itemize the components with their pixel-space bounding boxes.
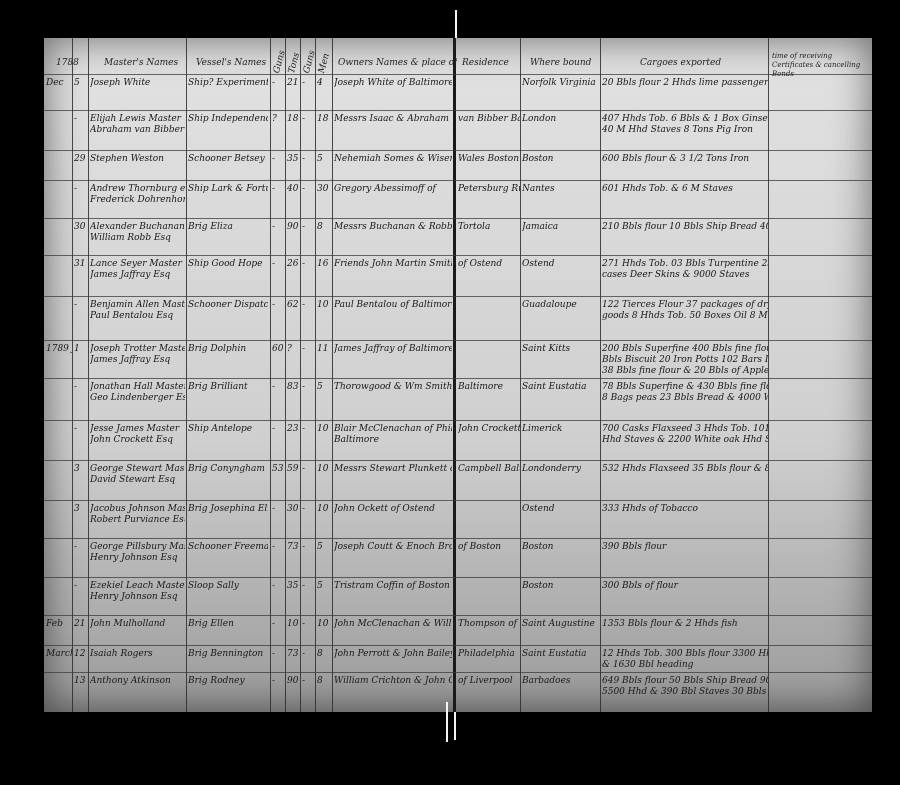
ledger-cell-tons: 73 [287,542,299,553]
ledger-cell-cargo: 122 Tierces Flour 37 packages of dry goo… [602,300,768,322]
ledger-cell-g: - [272,619,284,630]
ledger-cell-month: Feb [46,619,72,630]
ledger-cell-vessel: Ship? Experiment [188,78,268,89]
ledger-cell-men: 5 [317,542,331,553]
scan-glare [454,712,456,740]
ledger-cell-vessel: Schooner Freemason [188,542,268,553]
ledger-cell-master: Stephen Weston [90,154,185,165]
ledger-cell-g: 53 [272,464,284,475]
ledger-cell-vessel: Schooner Dispatch [188,300,268,311]
ledger-cell-month: March [46,649,72,660]
ledger-cell-g2: - [302,581,314,592]
ledger-cell-master: George Stewart Master David Stewart Esq [90,464,185,486]
ledger-cell-men: 4 [317,78,331,89]
ledger-cell-vessel: Ship Lark & Fortuna [188,184,268,195]
residence-header: Residence [462,58,509,69]
ledger-cell-day: 3 [74,504,88,515]
ledger-cell-residence: van Bibber Balt [458,114,520,125]
scan-glare [446,702,448,742]
ledger-cell-men: 10 [317,504,331,515]
ledger-cell-tons: 73 [287,649,299,660]
ledger-cell-vessel: Brig Dolphin [188,344,268,355]
ledger-cell-g2: - [302,382,314,393]
ledger-cell-bound: Nantes [522,184,600,195]
ledger-cell-g2: - [302,222,314,233]
ledger-cell-g: ? [272,114,284,125]
ledger-cell-tons: 300 [287,504,299,515]
ledger-cell-bound: Ostend [522,504,600,515]
ledger-cell-owner: Joseph Coutt & Enoch Brown [334,542,452,553]
ledger-cell-day: 3 [74,464,88,475]
ledger-cell-owner: John Ockett of Ostend [334,504,452,515]
ledger-cell-g2: - [302,542,314,553]
ledger-cell-men: 5 [317,581,331,592]
master-names-header: Master's Names [104,58,178,69]
ledger-cell-master: Benjamin Allen Master Paul Bentalou Esq [90,300,185,322]
ledger-cell-cargo: 271 Hhds Tob. 03 Bbls Turpentine 23 case… [602,259,768,281]
ledger-cell-master: Joseph White [90,78,185,89]
ledger-cell-owner: Messrs Buchanan & Robb of [334,222,452,233]
book-gutter [453,38,456,712]
ledger-cell-men: 5 [317,382,331,393]
bonds-header: time of receiving Certificates & cancell… [772,52,870,79]
ledger-cell-bound: Guadaloupe [522,300,600,311]
ledger-cell-g: - [272,222,284,233]
ledger-cell-owner: Messrs Isaac & Abraham van Bibber [334,114,452,125]
ledger-cell-cargo: 532 Hhds Flaxseed 35 Bbls flour & 8 M St… [602,464,768,475]
ledger-cell-day: - [74,300,88,311]
ledger-cell-men: 11 [317,344,331,355]
ledger-cell-g2: - [302,619,314,630]
ledger-cell-residence: Petersburg Russia [458,184,520,195]
ledger-cell-master: Anthony Atkinson [90,676,185,687]
ledger-cell-residence: John Crockett of [458,424,520,435]
ledger-cell-residence: of Liverpool [458,676,520,687]
ledger-cell-month: Dec [46,78,72,89]
ledger-cell-day: 29 [74,154,88,165]
ledger-cell-master: Elijah Lewis Master Abraham van Bibber E… [90,114,185,136]
ledger-cell-men: 10 [317,424,331,435]
ledger-cell-vessel: Ship Antelope [188,424,268,435]
ledger-cell-day: - [74,542,88,553]
ledger-cell-vessel: Brig Brilliant [188,382,268,393]
ledger-cell-tons: 90 [287,676,299,687]
ledger-cell-bound: Saint Augustine [522,619,600,630]
ledger-cell-day: 1 [74,344,88,355]
ledger-cell-day: 31 [74,259,88,270]
ledger-cell-g2: - [302,154,314,165]
ledger-cell-cargo: 200 Bbls Superfine 400 Bbls fine flour 1… [602,344,768,377]
ledger-cell-tons: 260 [287,259,299,270]
ledger-cell-vessel: Brig Eliza [188,222,268,233]
ledger-cell-master: Jacobus Johnson Master Robert Purviance … [90,504,185,526]
ledger-cell-owner: Messrs Stewart Plunkett & Co [334,464,452,475]
ledger-cell-g: - [272,504,284,515]
ledger-cell-owner: Nehemiah Somes & Wiseman [334,154,452,165]
ledger-cell-tons: 180 [287,114,299,125]
ledger-cell-g: - [272,259,284,270]
ledger-cell-vessel: Ship Independence [188,114,268,125]
ledger-cell-day: 21 [74,619,88,630]
ledger-cell-owner: John Perrott & John Bailey of [334,649,452,660]
ledger-cell-g2: - [302,184,314,195]
ledger-cell-men: 18 [317,114,331,125]
ledger-cell-vessel: Brig Josephina Eliza [188,504,268,515]
ledger-cell-g: - [272,382,284,393]
ledger-cell-bound: Norfolk Virginia [522,78,600,89]
ledger-cell-day: 5 [74,78,88,89]
ledger-cell-cargo: 1353 Bbls flour & 2 Hhds fish [602,619,768,630]
ledger-cell-men: 5 [317,154,331,165]
ledger-cell-owner: Tristram Coffin of Boston [334,581,452,592]
ledger-cell-master: Lance Seyer Master James Jaffray Esq [90,259,185,281]
ledger-cell-tons: 35 [287,581,299,592]
ledger-cell-g: - [272,542,284,553]
ledger-cell-g2: - [302,259,314,270]
ledger-cell-men: 10 [317,300,331,311]
ledger-cell-men: 10 [317,464,331,475]
ledger-cell-men: 8 [317,649,331,660]
ledger-cell-tons: 62 [287,300,299,311]
ledger-cell-g2: - [302,676,314,687]
ledger-cell-day: - [74,424,88,435]
ledger-cell-bound: Ostend [522,259,600,270]
ledger-cell-vessel: Brig Bennington [188,649,268,660]
ledger-cell-master: Alexander Buchanan William Robb Esq [90,222,185,244]
ledger-cell-cargo: 78 Bbls Superfine & 430 Bbls fine flour … [602,382,768,404]
ledger-cell-cargo: 333 Hhds of Tobacco [602,504,768,515]
ledger-cell-owner: Paul Bentalou of Baltimore [334,300,452,311]
ledger-cell-owner: James Jaffray of Baltimore [334,344,452,355]
ledger-cell-g2: - [302,424,314,435]
ledger-cell-men: 10 [317,619,331,630]
ledger-cell-day: - [74,581,88,592]
ledger-cell-bound: Saint Kitts [522,344,600,355]
ledger-cell-g: 60 [272,344,284,355]
ledger-cell-day: - [74,184,88,195]
ledger-cell-master: Andrew Thornburg etc Frederick Dohrenhor… [90,184,185,206]
ledger-cell-g: - [272,154,284,165]
ledger-cell-master: George Pillsbury Master Henry Johnson Es… [90,542,185,564]
ledger-cell-bound: Boston [522,542,600,553]
ledger-cell-cargo: 20 Bbls flour 2 Hhds lime passengers Bag… [602,78,768,89]
ledger-cell-owner: John McClenachan & William [334,619,452,630]
ledger-cell-tons: 83 [287,382,299,393]
ledger-cell-vessel: Ship Good Hope [188,259,268,270]
ledger-cell-bound: Londonderry [522,464,600,475]
ledger-cell-bound: Barbadoes [522,676,600,687]
ledger-cell-cargo: 649 Bbls flour 50 Bbls Ship Bread 90 Bbl… [602,676,768,698]
ledger-cell-owner: Gregory Abessimoff of [334,184,452,195]
ledger-cell-cargo: 390 Bbls flour [602,542,768,553]
ledger-cell-bound: Boston [522,581,600,592]
ledger-cell-cargo: 601 Hhds Tob. & 6 M Staves [602,184,768,195]
ledger-cell-month: 1789 Jan [46,344,72,355]
ledger-cell-owner: Joseph White of Baltimore [334,78,452,89]
vessel-names-header: Vessel's Names [196,58,266,69]
ledger-cell-g: - [272,649,284,660]
ledger-cell-cargo: 12 Hhds Tob. 300 Bbls flour 3300 Hhd Sta… [602,649,768,671]
ledger-cell-residence: Wales Boston [458,154,520,165]
ledger-cell-g2: - [302,300,314,311]
ledger-cell-bound: London [522,114,600,125]
ledger-cell-vessel: Schooner Betsey [188,154,268,165]
ledger-cell-g2: - [302,344,314,355]
ledger-cell-tons: 235 [287,424,299,435]
ledger-cell-g2: - [302,464,314,475]
ledger-cell-bound: Saint Eustatia [522,649,600,660]
ledger-cell-master: John Mulholland [90,619,185,630]
ledger-cell-residence: of Boston [458,542,520,553]
ledger-cell-master: Jesse James Master John Crockett Esq [90,424,185,446]
ledger-cell-owner: William Crichton & John Gammond [334,676,452,687]
ledger-cell-vessel: Brig Rodney [188,676,268,687]
ledger-cell-bound: Saint Eustatia [522,382,600,393]
ledger-cell-tons: ? [287,344,299,355]
ledger-cell-g: - [272,676,284,687]
ledger-cell-residence: Philadelphia [458,649,520,660]
ledger-cell-cargo: 407 Hhds Tob. 6 Bbls & 1 Box Ginseng 40 … [602,114,768,136]
ledger-cell-g2: - [302,78,314,89]
ledger-cell-residence: Tortola [458,222,520,233]
ledger-cell-g: - [272,78,284,89]
ledger-cell-vessel: Brig Conyngham [188,464,268,475]
ledger-cell-day: 12 [74,649,88,660]
ledger-cell-tons: 21 [287,78,299,89]
ledger-cell-bound: Boston [522,154,600,165]
ledger-cell-master: Isaiah Rogers [90,649,185,660]
ledger-cell-men: 30 [317,184,331,195]
ledger-cell-men: 16 [317,259,331,270]
ledger-cell-cargo: 600 Bbls flour & 3 1/2 Tons Iron [602,154,768,165]
scan-glare [455,10,457,38]
ledger-cell-tons: 400 [287,184,299,195]
ledger-cell-cargo: 300 Bbls of flour [602,581,768,592]
ledger-cell-tons: 35 [287,154,299,165]
ledger-cell-day: - [74,114,88,125]
year-header: 1788 [56,58,79,69]
ledger-cell-vessel: Sloop Sally [188,581,268,592]
ledger-cell-cargo: 700 Casks Flaxseed 3 Hhds Tob. 10175 W O… [602,424,768,446]
ledger-cell-residence: Thompson of Phila [458,619,520,630]
ledger-cell-master: Joseph Trotter Master James Jaffray Esq [90,344,185,366]
ledger-cell-tons: 59 [287,464,299,475]
ledger-cell-residence: Baltimore [458,382,520,393]
cargoes-header: Cargoes exported [640,58,721,69]
ledger-cell-g: - [272,184,284,195]
ledger-cell-g2: - [302,114,314,125]
ledger-cell-owner: Friends John Martin Smith & Co [334,259,452,270]
ledger-cell-master: Jonathan Hall Master Geo Lindenberger Es… [90,382,185,404]
ledger-cell-tons: 100 [287,619,299,630]
ledger-cell-owner: Thorowgood & Wm Smith of [334,382,452,393]
ledger-cell-residence: Campbell Balt [458,464,520,475]
ledger-cell-men: 8 [317,222,331,233]
ledger-cell-g2: - [302,649,314,660]
ledger-cell-day: 30 [74,222,88,233]
ledger-cell-residence: of Ostend [458,259,520,270]
ledger-cell-day: - [74,382,88,393]
ledger-cell-tons: 90 [287,222,299,233]
ledger-cell-cargo: 210 Bbls flour 10 Bbls Ship Bread 40 Keg… [602,222,768,233]
ledger-cell-owner: Blair McClenachan of Phila Baltimore [334,424,452,446]
ledger-cell-g: - [272,424,284,435]
ledger-cell-master: Ezekiel Leach Master Henry Johnson Esq [90,581,185,603]
owners-header: Owners Names & place of [338,58,457,69]
ledger-cell-men: 8 [317,676,331,687]
ledger-cell-vessel: Brig Ellen [188,619,268,630]
ledger-cell-g: - [272,300,284,311]
ledger-cell-g: - [272,581,284,592]
ledger-cell-bound: Jamaica [522,222,600,233]
ledger-cell-g2: - [302,504,314,515]
ledger-cell-day: 13 [74,676,88,687]
ledger-cell-bound: Limerick [522,424,600,435]
where-bound-header: Where bound [530,58,591,69]
